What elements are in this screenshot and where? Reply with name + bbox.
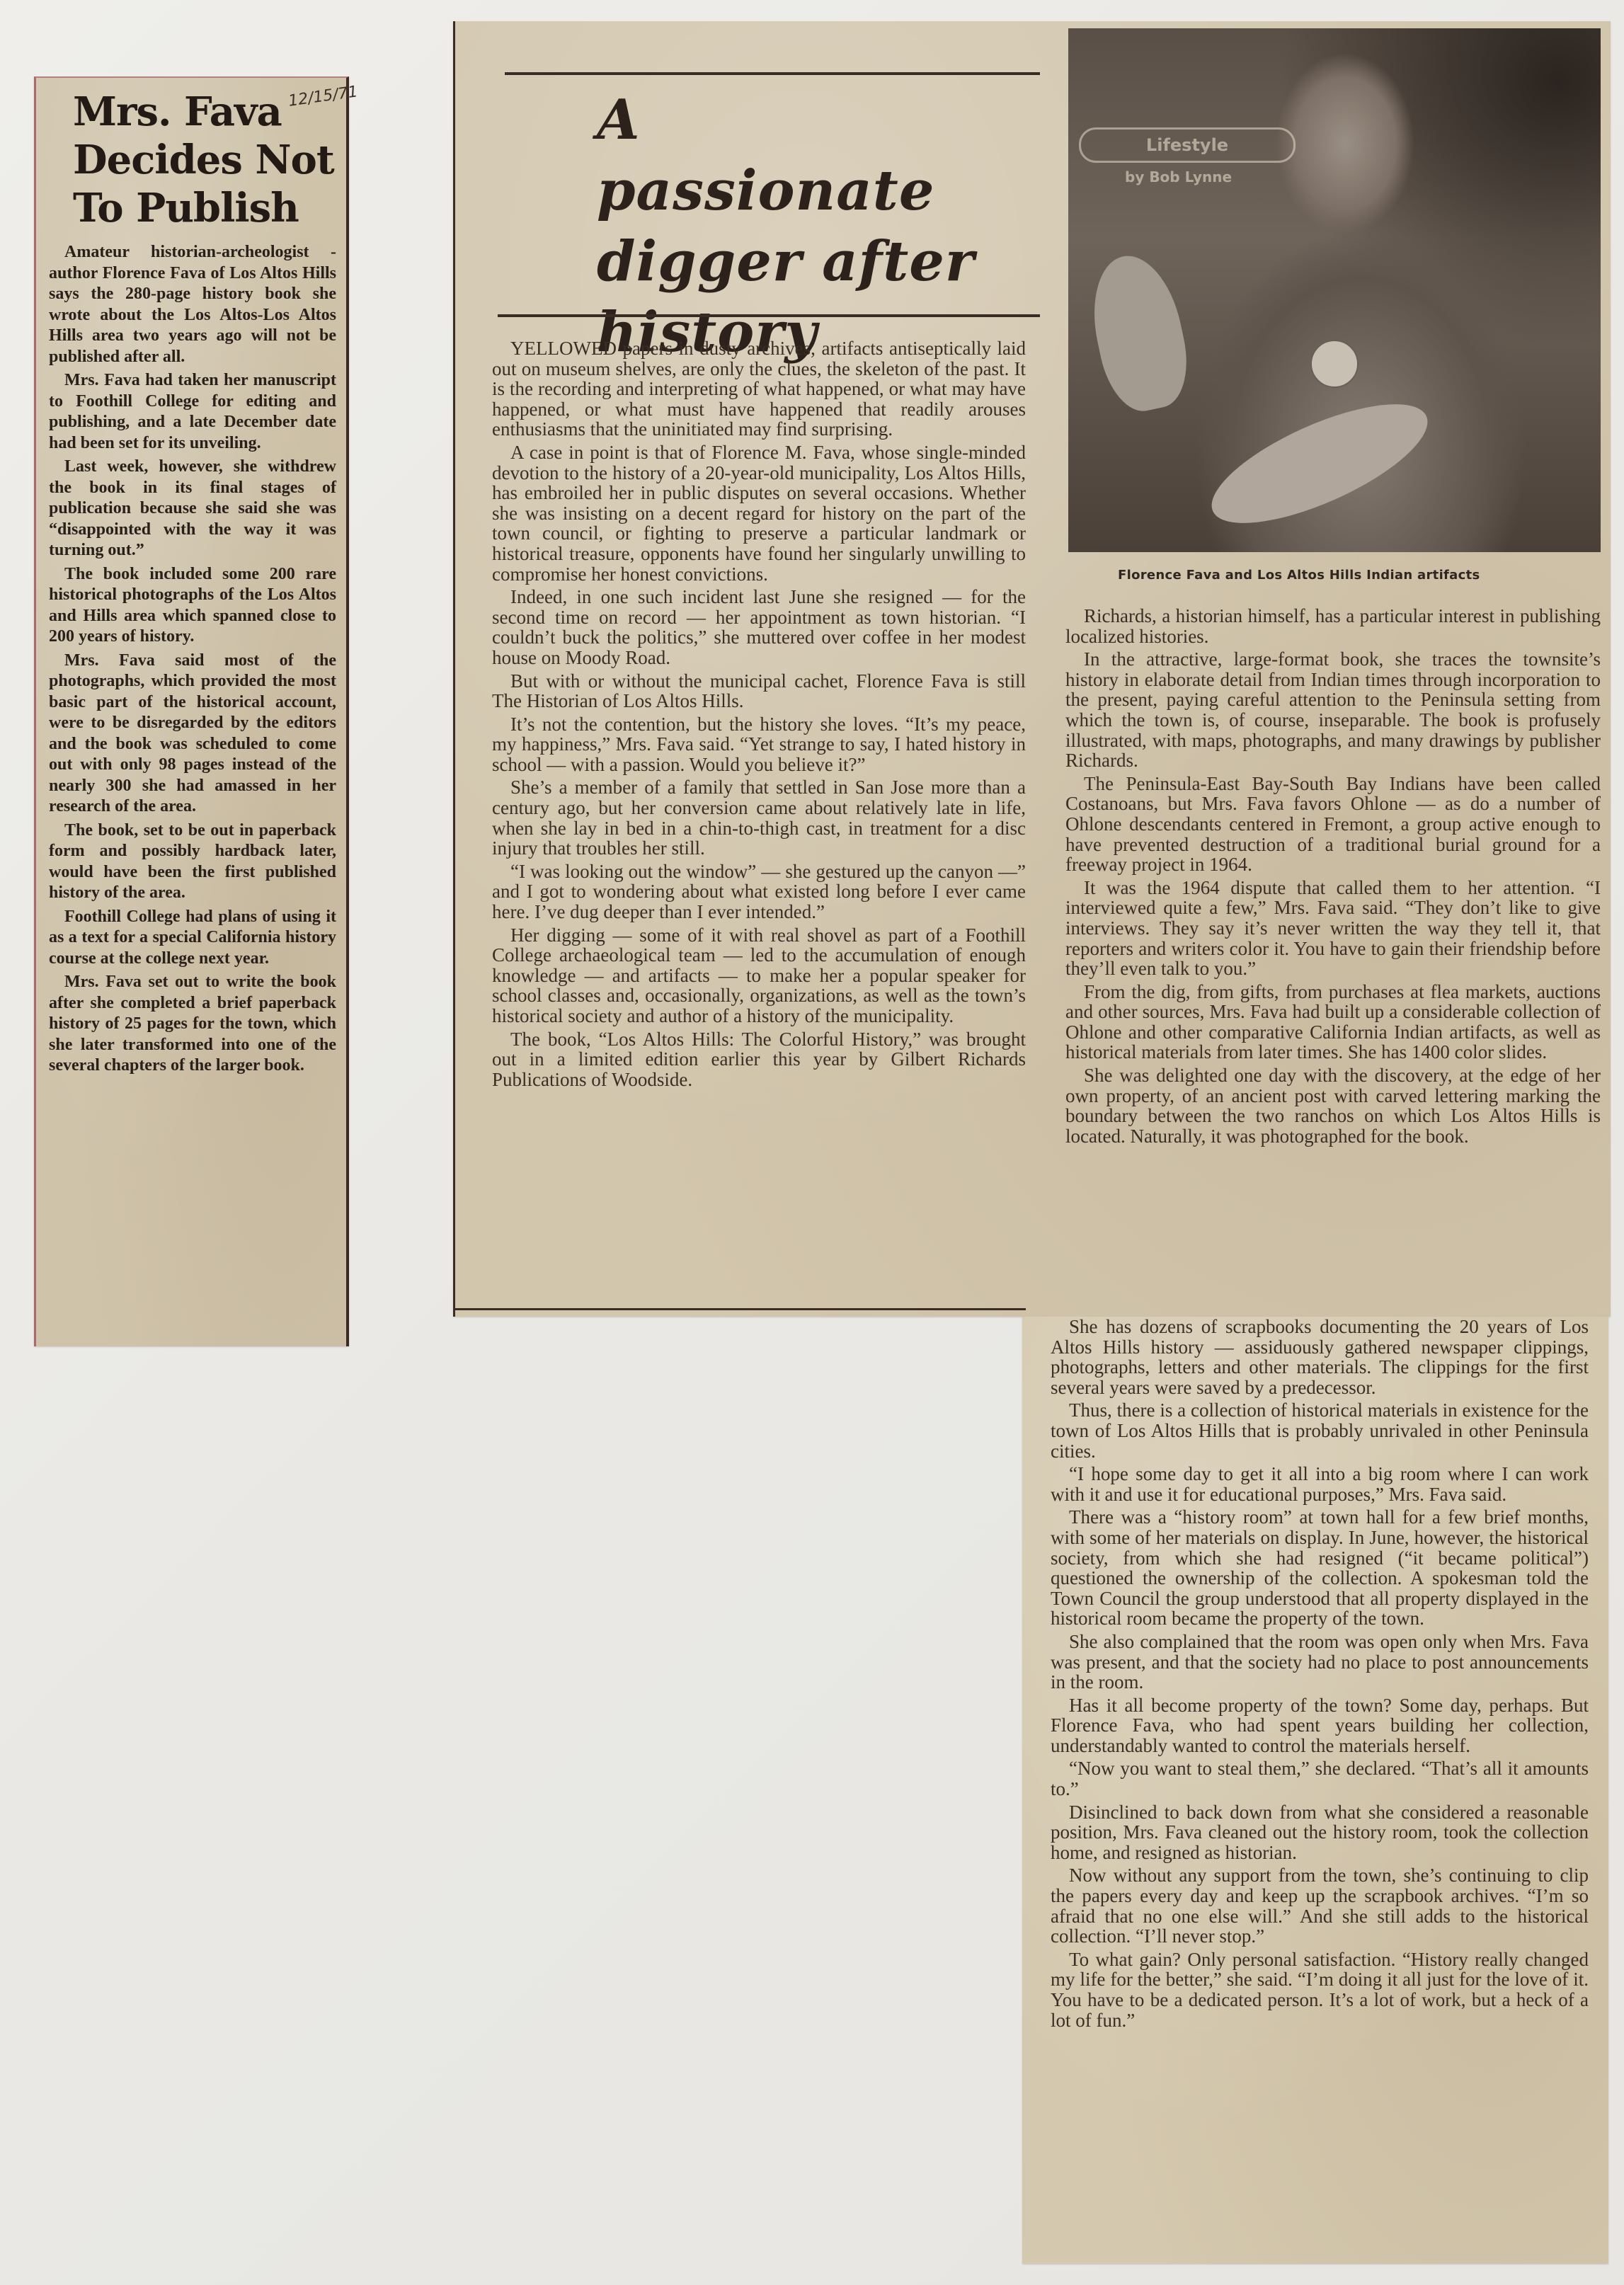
photo-caption: Florence Fava and Los Altos Hills Indian…	[1118, 568, 1480, 583]
paragraph: Last week, however, she withdrew the boo…	[49, 457, 336, 561]
paragraph: But with or without the municipal cachet…	[492, 671, 1026, 711]
main-news-clipping: A passionate digger after history Lifest…	[453, 21, 1611, 1317]
photo-artifact	[1197, 381, 1442, 547]
clipping-body: Amateur historian-archeologist - author …	[36, 232, 346, 1077]
paragraph: Mrs. Fava set out to write the book afte…	[49, 972, 336, 1077]
photo-hand	[1081, 248, 1196, 418]
paragraph: “Now you want to steal them,” she declar…	[1051, 1758, 1589, 1799]
paragraph: In the attractive, large-format book, sh…	[1065, 649, 1601, 771]
headline-bottom-rule	[498, 314, 1040, 317]
paragraph: Her digging — some of it with real shove…	[492, 925, 1026, 1026]
paragraph: She’s a member of a family that settled …	[492, 777, 1026, 858]
photo-pendant	[1310, 340, 1359, 388]
paragraph: She has dozens of scrapbooks documenting…	[1051, 1317, 1589, 1397]
article-column-2-bottom: She has dozens of scrapbooks documenting…	[1051, 1317, 1589, 2033]
paragraph: A case in point is that of Florence M. F…	[492, 442, 1026, 584]
paragraph: Now without any support from the town, s…	[1051, 1865, 1589, 1946]
article-column-1: YELLOWED papers in dusty archives, artif…	[492, 338, 1026, 1092]
paragraph: It’s not the contention, but the history…	[492, 714, 1026, 775]
paragraph: Foothill College had plans of using it a…	[49, 907, 336, 970]
paragraph: From the dig, from gifts, from purchases…	[1065, 982, 1601, 1063]
paragraph: YELLOWED papers in dusty archives, artif…	[492, 338, 1026, 440]
article-photo: Lifestyle by Bob Lynne	[1068, 28, 1601, 552]
paragraph: Thus, there is a collection of historica…	[1051, 1400, 1589, 1461]
byline: by Bob Lynne	[1125, 168, 1232, 185]
paragraph: Mrs. Fava said most of the photographs, …	[49, 651, 336, 818]
section-badge: Lifestyle	[1079, 127, 1296, 163]
paragraph: It was the 1964 dispute that called them…	[1065, 878, 1601, 979]
left-news-clipping: 12/15/71 Mrs. Fava Decides Not To Publis…	[34, 76, 349, 1346]
headline-top-rule	[505, 72, 1040, 75]
paragraph: To what gain? Only personal satisfaction…	[1051, 1949, 1589, 2030]
paragraph: There was a “history room” at town hall …	[1051, 1507, 1589, 1629]
article-column-2-top: Richards, a historian himself, has a par…	[1065, 606, 1601, 1149]
paragraph: She also complained that the room was op…	[1051, 1632, 1589, 1693]
article-headline: A passionate digger after history	[597, 85, 993, 368]
paragraph: Disinclined to back down from what she c…	[1051, 1802, 1589, 1863]
paragraph: She was delighted one day with the disco…	[1065, 1065, 1601, 1146]
paragraph: “I was looking out the window” — she ges…	[492, 861, 1026, 922]
paragraph: “I hope some day to get it all into a bi…	[1051, 1464, 1589, 1504]
paragraph: Has it all become property of the town? …	[1051, 1695, 1589, 1756]
column-1-end-rule	[455, 1308, 1026, 1310]
paragraph: The book included some 200 rare historic…	[49, 564, 336, 648]
paragraph: The book, set to be out in paperback for…	[49, 820, 336, 904]
paragraph: Amateur historian-archeologist - author …	[49, 242, 336, 367]
main-clipping-continuation: She has dozens of scrapbooks documenting…	[1022, 1317, 1608, 2264]
paragraph: The Peninsula-East Bay-South Bay Indians…	[1065, 774, 1601, 875]
paragraph: Richards, a historian himself, has a par…	[1065, 606, 1601, 646]
paragraph: Indeed, in one such incident last June s…	[492, 587, 1026, 668]
paragraph: Mrs. Fava had taken her manuscript to Fo…	[49, 370, 336, 454]
paragraph: The book, “Los Altos Hills: The Colorful…	[492, 1029, 1026, 1090]
